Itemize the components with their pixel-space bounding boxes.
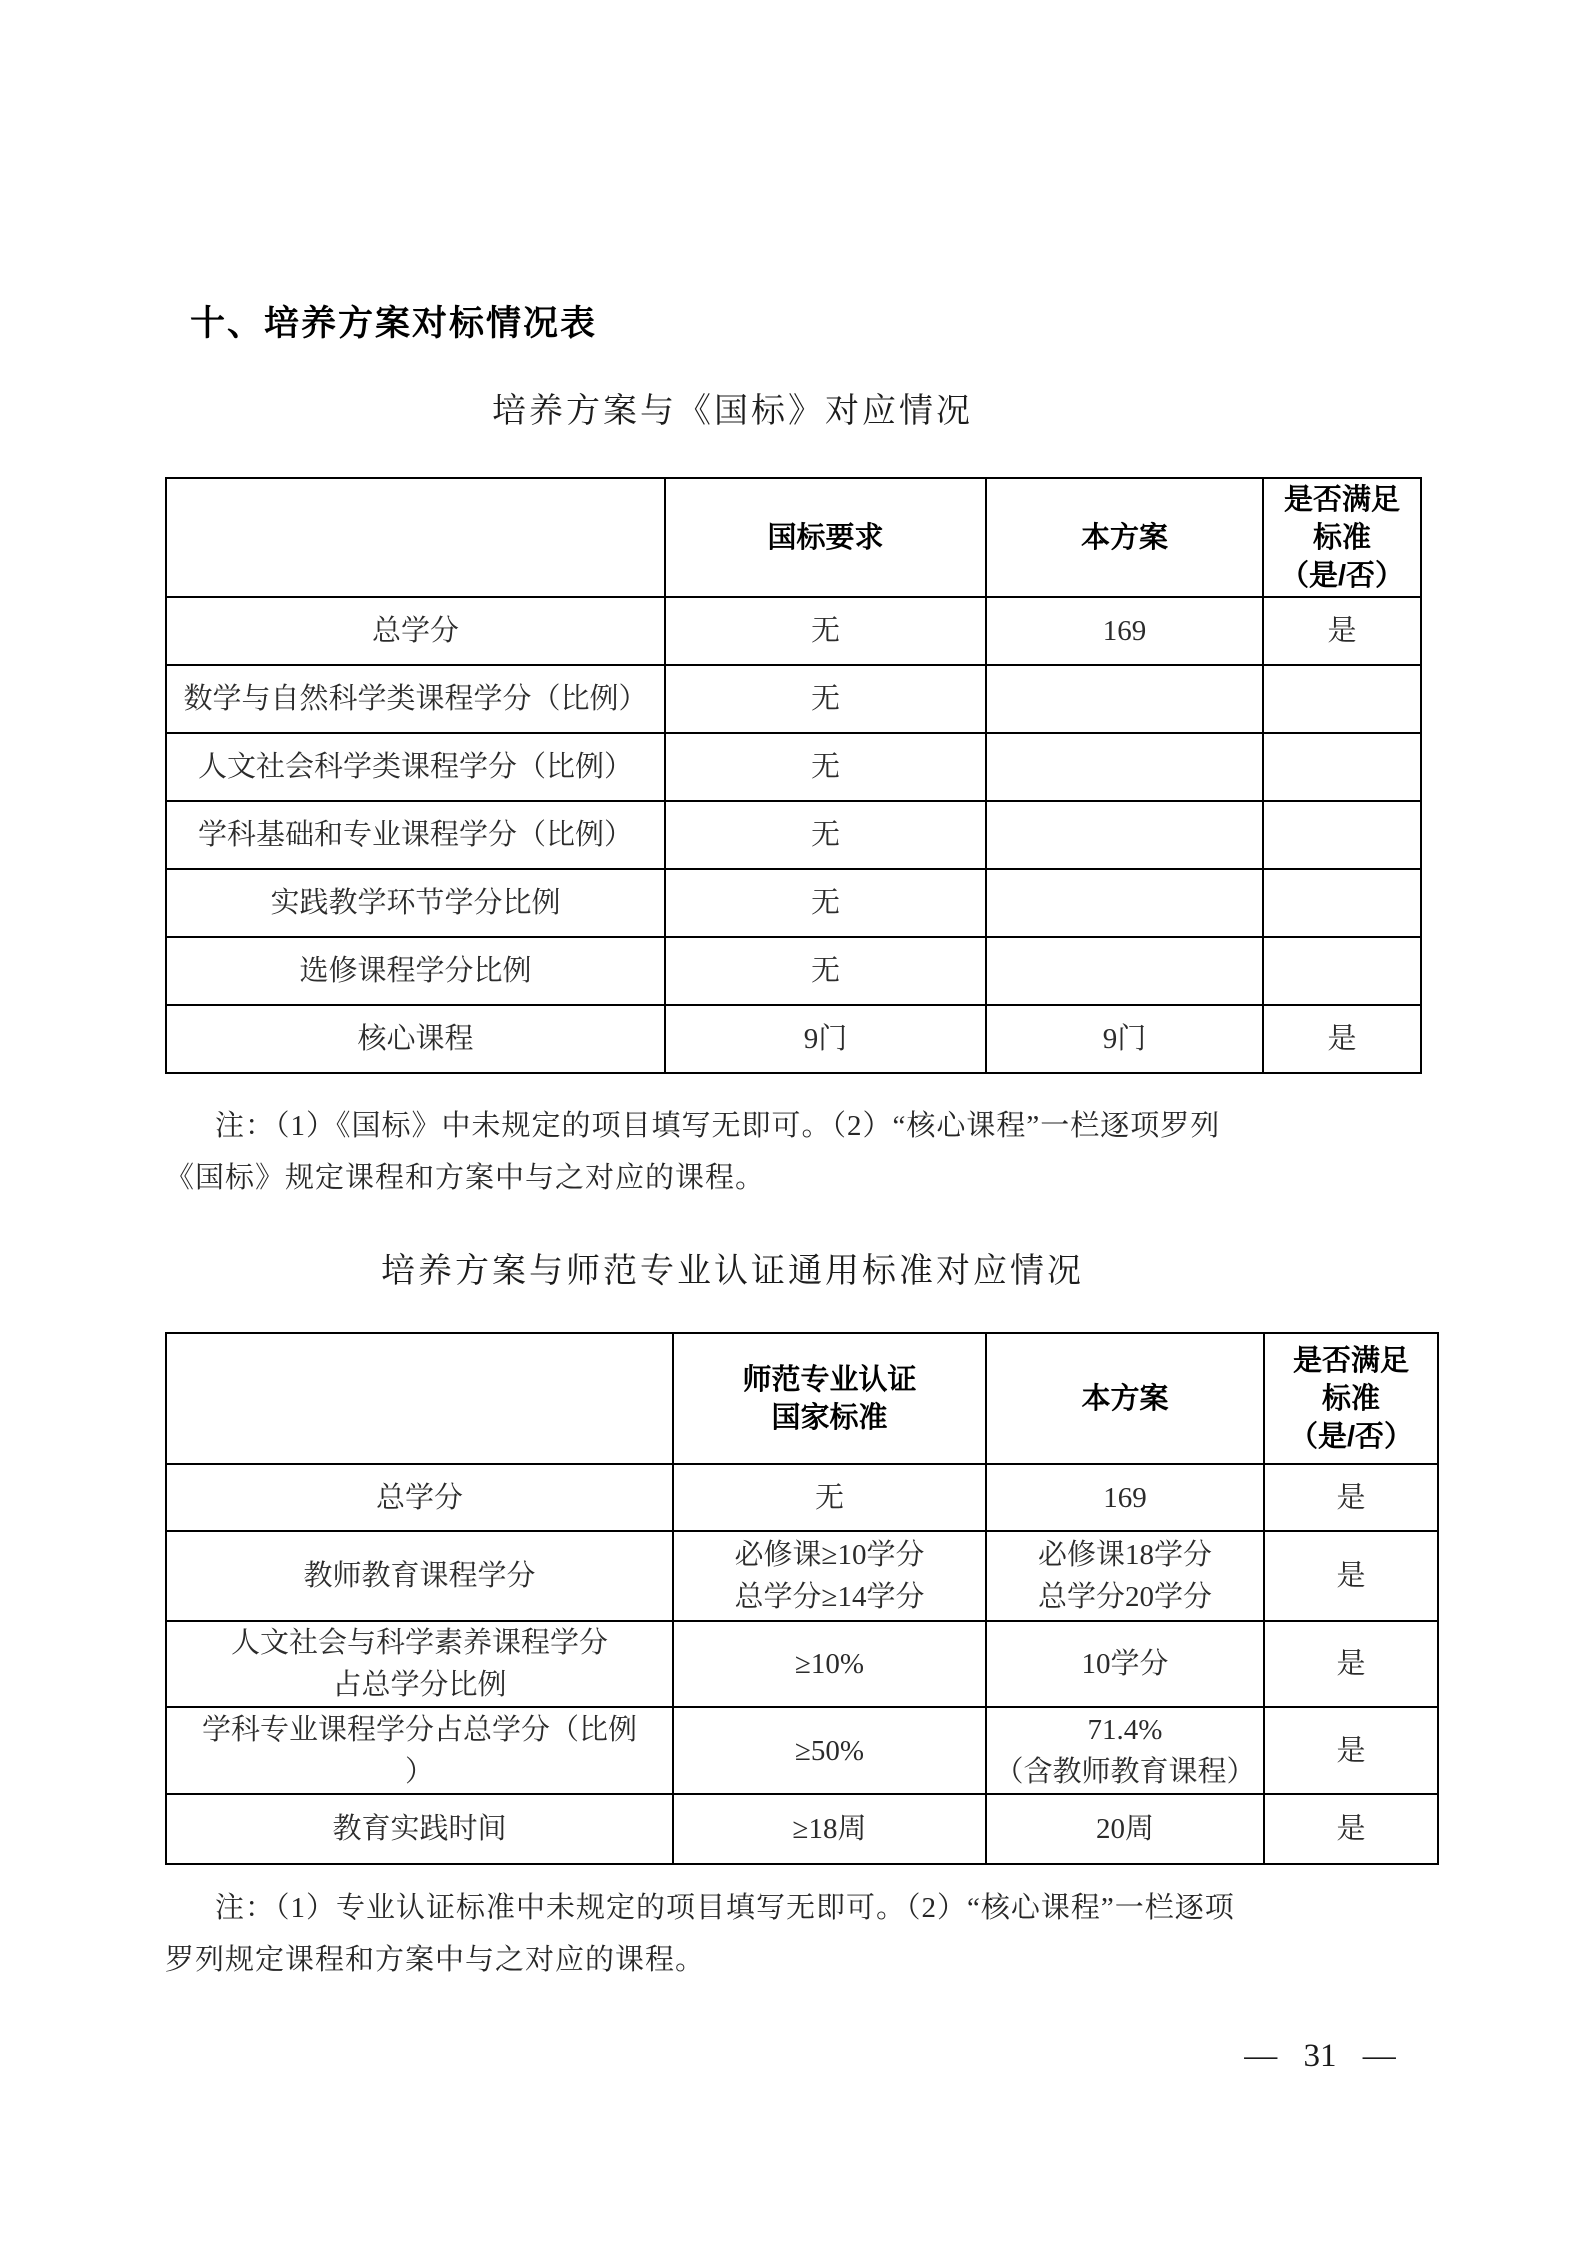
- cell-standard: 无: [673, 1464, 986, 1531]
- cell-meet: 是: [1264, 1531, 1438, 1621]
- cell-standard: 9门: [665, 1005, 986, 1073]
- table2-header-standard: 师范专业认证 国家标准: [673, 1333, 986, 1464]
- table2-caption: 培养方案与师范专业认证通用标准对应情况: [105, 1243, 1360, 1292]
- cell-meet: 是: [1264, 1621, 1438, 1707]
- cell-plan: 169: [986, 1464, 1264, 1531]
- row-label: 实践教学环节学分比例: [166, 869, 665, 937]
- table-row: 教育实践时间 ≥18周 20周 是: [166, 1794, 1438, 1864]
- table-row: 总学分 无 169 是: [166, 597, 1421, 665]
- cell-standard: 必修课≥10学分 总学分≥14学分: [673, 1531, 986, 1621]
- cell-standard: 无: [665, 597, 986, 665]
- cell-plan: 71.4% （含教师教育课程）: [986, 1707, 1264, 1794]
- cell-plan: [986, 733, 1263, 801]
- cell-standard: 无: [665, 801, 986, 869]
- table-row: 人文社会与科学素养课程学分 占总学分比例 ≥10% 10学分 是: [166, 1621, 1438, 1707]
- row-label: 人文社会与科学素养课程学分 占总学分比例: [166, 1621, 673, 1707]
- table1-header-item: [166, 478, 665, 597]
- table-row: 学科基础和专业课程学分（比例） 无: [166, 801, 1421, 869]
- row-label: 核心课程: [166, 1005, 665, 1073]
- row-label: 教师教育课程学分: [166, 1531, 673, 1621]
- cell-meet: [1263, 801, 1421, 869]
- row-label: 选修课程学分比例: [166, 937, 665, 1005]
- table2-header-item: [166, 1333, 673, 1464]
- table2-note: 注：（1）专业认证标准中未规定的项目填写无即可。（2）“核心课程”一栏逐项 罗列…: [165, 1882, 1435, 1986]
- note-line: 《国标》规定课程和方案中与之对应的课程。: [165, 1152, 1435, 1204]
- cell-meet: [1263, 733, 1421, 801]
- cell-meet: 是: [1263, 597, 1421, 665]
- table-row: 学科专业课程学分占总学分（比例 ） ≥50% 71.4% （含教师教育课程） 是: [166, 1707, 1438, 1794]
- table1-header-row: 国标要求 本方案 是否满足 标准 （是/否）: [166, 478, 1421, 597]
- cell-plan: 10学分: [986, 1621, 1264, 1707]
- note-line: 注：（1）《国标》中未规定的项目填写无即可。（2）“核心课程”一栏逐项罗列: [165, 1100, 1435, 1152]
- table2-header-row: 师范专业认证 国家标准 本方案 是否满足 标准 （是/否）: [166, 1333, 1438, 1464]
- table-row: 总学分 无 169 是: [166, 1464, 1438, 1531]
- cell-meet: 是: [1264, 1707, 1438, 1794]
- note-line: 罗列规定课程和方案中与之对应的课程。: [165, 1934, 1435, 1986]
- cell-standard: ≥18周: [673, 1794, 986, 1864]
- cell-plan: 20周: [986, 1794, 1264, 1864]
- row-label: 学科基础和专业课程学分（比例）: [166, 801, 665, 869]
- page-number: — 31 —: [1180, 2038, 1460, 2075]
- table-row: 教师教育课程学分 必修课≥10学分 总学分≥14学分 必修课18学分 总学分20…: [166, 1531, 1438, 1621]
- cell-plan: 169: [986, 597, 1263, 665]
- cell-meet: [1263, 937, 1421, 1005]
- row-label: 教育实践时间: [166, 1794, 673, 1864]
- cell-standard: 无: [665, 733, 986, 801]
- table2-certification-comparison: 师范专业认证 国家标准 本方案 是否满足 标准 （是/否） 总学分 无 169 …: [165, 1332, 1439, 1865]
- row-label: 总学分: [166, 1464, 673, 1531]
- row-label: 学科专业课程学分占总学分（比例 ）: [166, 1707, 673, 1794]
- table-row: 数学与自然科学类课程学分（比例） 无: [166, 665, 1421, 733]
- cell-plan: [986, 665, 1263, 733]
- cell-standard: 无: [665, 937, 986, 1005]
- table1-header-meet: 是否满足 标准 （是/否）: [1263, 478, 1421, 597]
- cell-meet: 是: [1264, 1464, 1438, 1531]
- cell-plan: [986, 937, 1263, 1005]
- table2-header-plan: 本方案: [986, 1333, 1264, 1464]
- cell-meet: 是: [1264, 1794, 1438, 1864]
- cell-meet: [1263, 665, 1421, 733]
- row-label: 总学分: [166, 597, 665, 665]
- cell-standard: ≥10%: [673, 1621, 986, 1707]
- row-label: 人文社会科学类课程学分（比例）: [166, 733, 665, 801]
- table-row: 实践教学环节学分比例 无: [166, 869, 1421, 937]
- cell-plan: [986, 801, 1263, 869]
- table-row: 选修课程学分比例 无: [166, 937, 1421, 1005]
- cell-standard: 无: [665, 665, 986, 733]
- cell-standard: ≥50%: [673, 1707, 986, 1794]
- table-row: 核心课程 9门 9门 是: [166, 1005, 1421, 1073]
- cell-standard: 无: [665, 869, 986, 937]
- note-line: 注：（1）专业认证标准中未规定的项目填写无即可。（2）“核心课程”一栏逐项: [165, 1882, 1435, 1934]
- table1-guobiao-comparison: 国标要求 本方案 是否满足 标准 （是/否） 总学分 无 169 是 数学与自然…: [165, 477, 1422, 1074]
- section-title: 十、培养方案对标情况表: [190, 296, 597, 346]
- cell-plan: 必修课18学分 总学分20学分: [986, 1531, 1264, 1621]
- table2-header-meet: 是否满足 标准 （是/否）: [1264, 1333, 1438, 1464]
- table1-caption: 培养方案与《国标》对应情况: [105, 383, 1360, 432]
- table-row: 人文社会科学类课程学分（比例） 无: [166, 733, 1421, 801]
- document-page: 十、培养方案对标情况表 培养方案与《国标》对应情况 国标要求 本方案 是否满足 …: [0, 0, 1587, 2245]
- cell-plan: [986, 869, 1263, 937]
- table1-header-standard: 国标要求: [665, 478, 986, 597]
- row-label: 数学与自然科学类课程学分（比例）: [166, 665, 665, 733]
- cell-meet: 是: [1263, 1005, 1421, 1073]
- table1-header-plan: 本方案: [986, 478, 1263, 597]
- table1-note: 注：（1）《国标》中未规定的项目填写无即可。（2）“核心课程”一栏逐项罗列 《国…: [165, 1100, 1435, 1204]
- cell-meet: [1263, 869, 1421, 937]
- cell-plan: 9门: [986, 1005, 1263, 1073]
